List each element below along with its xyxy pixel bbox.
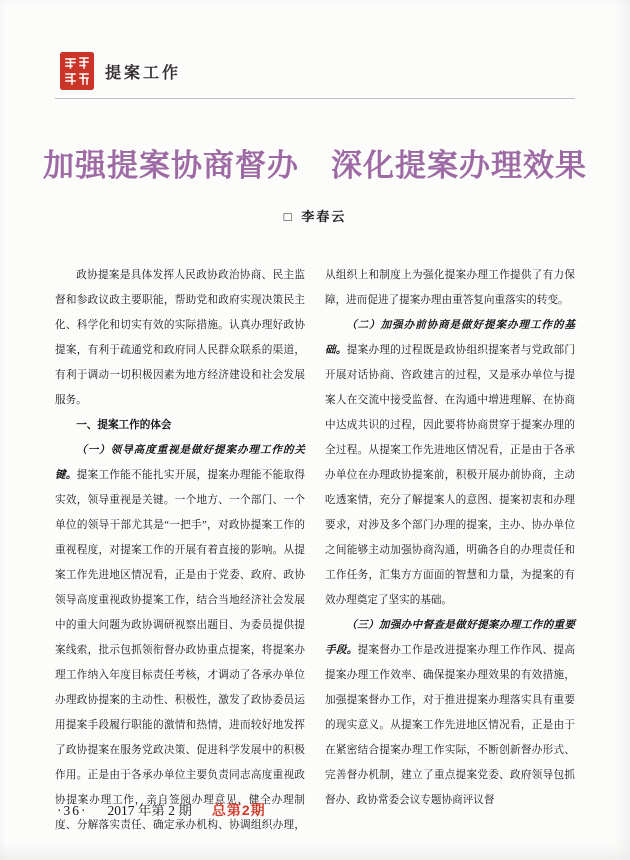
magazine-page: 提案工作 加强提案协商督办 深化提案办理效果 □李春云 政协提案是具体发挥人民政… <box>0 0 630 860</box>
paragraph-text: 政协提案是具体发挥人民政协政治协商、民主监督和参政议政主要职能，帮助党和政府实现… <box>55 270 305 406</box>
article-title: 加强提案协商督办 深化提案办理效果 <box>0 140 630 185</box>
red-seal-stamp-icon <box>60 52 94 90</box>
article-body: 政协提案是具体发挥人民政协政治协商、民主监督和参政议政主要职能，帮助党和政府实现… <box>55 263 575 838</box>
masthead-divider <box>55 98 575 99</box>
author-name: 李春云 <box>301 209 346 224</box>
page-number: ·36· <box>57 803 88 819</box>
paragraph-text: 提案督办工作是改进提案办理工作作风、提高提案办理工作效率、确保提案办理效果的有效… <box>325 645 575 806</box>
byline-square-marker: □ <box>284 209 294 224</box>
cumulative-issue-label: 总第2期 <box>212 800 266 820</box>
section-label: 提案工作 <box>105 60 181 83</box>
paragraph-text: 提案办理的过程既是政协组织提案者与党政部门开展对话协商、咨政建言的过程，又是承办… <box>325 345 575 606</box>
byline: □李春云 <box>0 206 630 225</box>
issue-label: 2017 年第 2 期 <box>108 799 192 819</box>
section-heading: 一、提案工作的体会 <box>55 413 305 438</box>
paragraph-point-3: （三）加强办中督查是做好提案办理工作的重要手段。提案督办工作是改进提案办理工作作… <box>325 613 575 813</box>
page-footer: ·36· 2017 年第 2 期 总第2期 <box>57 799 266 820</box>
paragraph-point-2: （二）加强办前协商是做好提案办理工作的基础。提案办理的过程既是政协组织提案者与党… <box>325 313 575 613</box>
masthead: 提案工作 <box>60 52 181 90</box>
paragraph-intro: 政协提案是具体发挥人民政协政治协商、民主监督和参政议政主要职能，帮助党和政府实现… <box>55 263 305 413</box>
